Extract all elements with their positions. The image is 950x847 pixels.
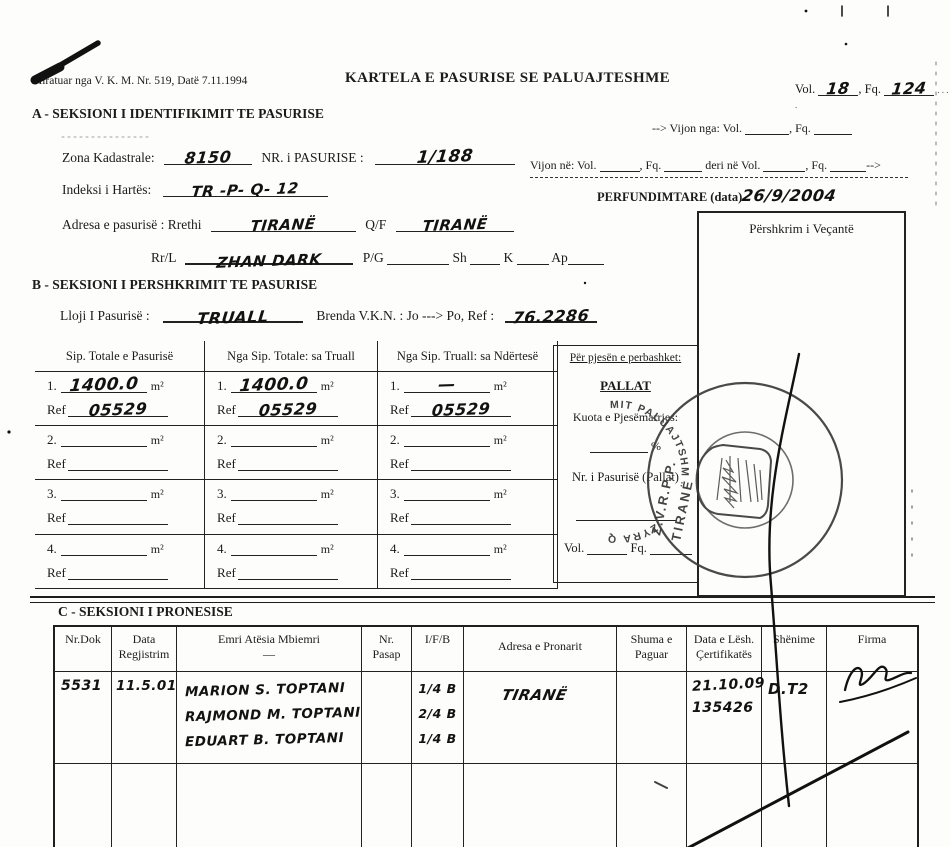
rrethi-value: TIRANË <box>250 215 317 235</box>
k-blank <box>517 249 549 265</box>
empty-cell <box>362 764 412 847</box>
m2-label: m² <box>494 379 507 393</box>
m2-label: m² <box>151 433 164 447</box>
adresa-row: Adresa e pasurisë : Rrethi TIRANË Q/F TI… <box>62 216 514 233</box>
indeksi-blank: TR -P- Q- 12 <box>163 181 328 197</box>
ref-blank: 05529 <box>68 401 168 417</box>
m2-label: m² <box>321 487 334 501</box>
ref-blank: 05529 <box>238 401 338 417</box>
m2-label: m² <box>494 433 507 447</box>
b-cell: 3.m² Ref <box>35 480 204 534</box>
vol-label: Vol. <box>795 82 815 96</box>
sh-blank <box>470 249 500 265</box>
area-blank: 1400.0 <box>61 377 147 393</box>
header-line: Shënime <box>773 632 815 646</box>
rrl-blank: ZHAN DARK <box>185 248 353 265</box>
header-line: Adresa e Pronarit <box>498 639 582 653</box>
header-line: Data <box>133 632 156 646</box>
b-cell: 3.m² Ref <box>378 480 557 534</box>
header-line: Çertifikatës <box>696 647 752 661</box>
m2-label: m² <box>321 379 334 393</box>
indeksi-row: Indeksi i Hartës: TR -P- Q- 12 <box>62 181 328 198</box>
box-vol-label: Vol. <box>564 541 584 555</box>
speck <box>584 282 586 284</box>
row-num: 2. <box>217 432 227 447</box>
surface-col-ndertese: Nga Sip. Truall: sa Ndërtesë 1.—m² Ref05… <box>378 341 558 589</box>
section-b-heading: B - SEKSIONI I PERSHKRIMIT TE PASURISE <box>32 277 317 293</box>
pg-blank <box>387 249 449 265</box>
empty-cell <box>687 764 762 847</box>
area-value: — <box>437 375 457 396</box>
header-line: Nr. <box>379 632 394 646</box>
header-line: Paguar <box>635 647 668 661</box>
col-header-shuma: Shuma ePaguar <box>617 627 687 672</box>
col-header-nrdok: Nr.Dok <box>55 627 112 672</box>
vijon-nga-vol-blank <box>745 119 789 135</box>
vol-fq-top: Vol. 18, Fq. 124 . . . . <box>795 80 950 112</box>
m2-label: m² <box>151 487 164 501</box>
col-header: Nga Sip. Truall: sa Ndërtesë <box>378 341 557 372</box>
b-cell: 1.1400.0m² Ref05529 <box>205 372 377 426</box>
vijon-nga-fq-blank <box>814 119 852 135</box>
fq-value: 124 <box>891 78 928 98</box>
nr-pasurise-blank: 1/188 <box>375 149 515 165</box>
m2-label: m² <box>321 542 334 556</box>
b-cell: 2.m² Ref <box>35 426 204 480</box>
ref-label: Ref <box>390 510 409 525</box>
ref-blank <box>238 455 338 471</box>
perfundimtare-label: PERFUNDIMTARE (data) <box>597 190 742 204</box>
vol-value: 18 <box>826 79 851 99</box>
area-blank <box>404 540 490 556</box>
cell-firma <box>827 672 917 764</box>
nr-pasurise-value: 1/188 <box>416 146 474 168</box>
row-num: 3. <box>217 486 227 501</box>
empty-cell <box>112 764 177 847</box>
row-num: 4. <box>217 541 227 556</box>
brenda-ref-value: 76.2286 <box>512 306 591 328</box>
empty-cell <box>55 764 112 847</box>
row-num: 4. <box>390 541 400 556</box>
col-header-emri: Emri Atësia Mbiemri— <box>177 627 362 672</box>
ref-label: Ref <box>217 565 236 580</box>
common-box-title: Për pjesën e perbashket: <box>554 352 697 364</box>
ref-blank <box>68 455 168 471</box>
header-line: — <box>263 647 275 661</box>
nr-pasurise-label: NR. i PASURISE : <box>261 150 363 165</box>
surface-table: Sip. Totale e Pasurisë 1.1400.0m² Ref055… <box>35 341 558 589</box>
cell-shuma <box>617 672 687 764</box>
col-header: Sip. Totale e Pasurisë <box>35 341 204 372</box>
vijon-nga-line: --> Vijon nga: Vol. , Fq. <box>652 119 852 136</box>
ifb-share: 1/4 B <box>412 726 463 751</box>
cell-data-leshimit: 21.10.09 135426 <box>687 672 762 764</box>
qf-label: Q/F <box>365 217 386 232</box>
row-num: 2. <box>390 432 400 447</box>
deri-ne-fq-blank <box>830 156 866 172</box>
ref-label: Ref <box>217 510 236 525</box>
top-tick-marks <box>842 6 888 16</box>
vijon-ne-label: Vijon në: Vol. <box>530 158 597 172</box>
nrdok-value: 5531 <box>61 678 102 694</box>
b-cell: 3.m² Ref <box>205 480 377 534</box>
ref-blank <box>411 455 511 471</box>
m2-label: m² <box>494 542 507 556</box>
divider-dashed <box>530 177 908 178</box>
empty-cell <box>464 764 617 847</box>
ref-label: Ref <box>390 402 409 417</box>
deri-ne-fq-label: , Fq. <box>805 158 827 172</box>
perfundimtare-value: 26/9/2004 <box>741 186 838 205</box>
scanned-property-card: Miratuar nga V. K. M. Nr. 519, Datë 7.11… <box>0 0 950 847</box>
ref-value: 05529 <box>88 399 148 420</box>
vijon-ne-fq-label: , Fq. <box>640 158 662 172</box>
rrethi-blank: TIRANË <box>211 216 356 232</box>
row-num: 1. <box>217 378 227 393</box>
row-num: 3. <box>47 486 57 501</box>
ifb-share: 1/4 B <box>412 676 463 701</box>
col-header-data: DataRegjistrim <box>112 627 177 672</box>
ref-blank <box>411 509 511 525</box>
zona-row: Zona Kadastrale: 8150 NR. i PASURISE : 1… <box>62 149 515 166</box>
row-num: 1. <box>390 378 400 393</box>
indeksi-value: TR -P- Q- 12 <box>191 179 300 201</box>
page-title: KARTELA E PASURISE SE PALUAJTESHME <box>345 70 670 87</box>
vijon-ne-vol-blank <box>600 156 640 172</box>
ref-label: Ref <box>217 402 236 417</box>
row-num: 4. <box>47 541 57 556</box>
vijon-nga-fq-label: , Fq. <box>789 121 811 135</box>
header-line: Firma <box>858 632 887 646</box>
section-a-heading: A - SEKSIONI I IDENTIFIKIMIT TE PASURISE <box>32 106 324 122</box>
ref-label: Ref <box>47 510 66 525</box>
pershkrim-box-title: Përshkrim i Veçantë <box>699 221 904 237</box>
surface-col-truall: Nga Sip. Totale: sa Truall 1.1400.0m² Re… <box>205 341 378 589</box>
vol-blank: 18 <box>818 80 858 96</box>
ref-label: Ref <box>390 565 409 580</box>
ref-value: 05529 <box>258 399 318 420</box>
rrl-label: Rr/L <box>151 250 176 265</box>
col-header-datalesh: Data e Lësh.Çertifikatës <box>687 627 762 672</box>
ref-blank <box>68 564 168 580</box>
lloji-row: Lloji I Pasurisë : TRUALL Brenda V.K.N. … <box>60 306 597 324</box>
header-line: I/F/B <box>425 632 450 646</box>
adresa-value: TIRANË <box>500 686 569 704</box>
k-label: K <box>504 250 514 265</box>
rrl-value: ZHAN DARK <box>216 250 323 272</box>
deri-ne-vol-blank <box>763 156 805 172</box>
data-regjistrim-value: 11.5.01 <box>116 678 177 694</box>
area-blank: — <box>404 377 490 393</box>
empty-cell <box>617 764 687 847</box>
data-leshimit-value: 21.10.09 <box>692 675 766 695</box>
section-c-heading: C - SEKSIONI I PRONESISE <box>58 604 233 620</box>
speck <box>7 430 10 433</box>
col-header-shenime: Shënime <box>762 627 827 672</box>
header-line: Nr.Dok <box>65 632 101 646</box>
area-blank <box>61 485 147 501</box>
lloji-label: Lloji I Pasurisë : <box>60 308 150 323</box>
area-blank <box>404 431 490 447</box>
stamp-outer-circle <box>648 383 842 577</box>
ref-value: 05529 <box>431 399 491 420</box>
col-header-firma: Firma <box>827 627 917 672</box>
empty-cell <box>762 764 827 847</box>
m2-label: m² <box>321 433 334 447</box>
m2-label: m² <box>494 487 507 501</box>
indeksi-label: Indeksi i Hartës: <box>62 182 151 197</box>
ref-label: Ref <box>47 565 66 580</box>
empty-cell <box>177 764 362 847</box>
ref-blank: 05529 <box>411 401 511 417</box>
qf-blank: TIRANË <box>396 216 514 232</box>
official-round-stamp: REPUBLIKA E SHQIPERISE - ZYRA QENDRORE E… <box>608 378 888 593</box>
ref-blank <box>238 509 338 525</box>
shenime-value: D.T2 <box>768 680 809 698</box>
owner-name: EDUART B. TOPTANI <box>177 726 362 756</box>
ap-label: Ap <box>551 250 568 265</box>
ref-blank <box>411 564 511 580</box>
adresa-label: Adresa e pasurisë : Rrethi <box>62 217 201 232</box>
brenda-label: Brenda V.K.N. : Jo ---> Po, Ref : <box>316 308 494 323</box>
area-blank <box>61 431 147 447</box>
b-cell: 2.m² Ref <box>205 426 377 480</box>
b-cell: 4.m² Ref <box>378 535 557 589</box>
empty-cell <box>827 764 917 847</box>
sh-label: Sh <box>453 250 467 265</box>
col-header-ifb: I/F/B <box>412 627 464 672</box>
vijon-nga-label: --> Vijon nga: Vol. <box>652 121 742 135</box>
area-value: 1400.0 <box>68 374 139 396</box>
header-line: Emri Atësia Mbiemri <box>218 632 320 646</box>
area-value: 1400.0 <box>238 374 309 396</box>
cell-names: MARION S. TOPTANI RAJMOND M. TOPTANI EDU… <box>177 672 362 764</box>
ref-blank <box>238 564 338 580</box>
b-cell: 4.m² Ref <box>205 535 377 589</box>
area-blank <box>61 540 147 556</box>
cell-pasap <box>362 672 412 764</box>
col-header: Nga Sip. Totale: sa Truall <box>205 341 377 372</box>
stamp-eagle-scribble <box>717 456 762 508</box>
row-num: 3. <box>390 486 400 501</box>
qf-value: TIRANË <box>421 215 488 235</box>
perfundimtare-row: PERFUNDIMTARE (data)26/9/2004 <box>597 186 836 205</box>
vijon-arrow: --> <box>866 158 881 172</box>
area-blank <box>231 540 317 556</box>
vijon-ne-fq-blank <box>664 156 702 172</box>
ref-label: Ref <box>47 402 66 417</box>
col-header-adresa: Adresa e Pronarit <box>464 627 617 672</box>
col-header-pasap: Nr.Pasap <box>362 627 412 672</box>
surface-col-totale: Sip. Totale e Pasurisë 1.1400.0m² Ref055… <box>35 341 205 589</box>
empty-cell <box>412 764 464 847</box>
cell-data-regjistrim: 11.5.01 <box>112 672 177 764</box>
brenda-ref-blank: 76.2286 <box>505 306 597 323</box>
fq-label: , Fq. <box>858 82 881 96</box>
cell-nrdok: 5531 <box>55 672 112 764</box>
zona-value: 8150 <box>184 147 233 168</box>
ref-blank <box>68 509 168 525</box>
area-blank <box>404 485 490 501</box>
ref-label: Ref <box>47 456 66 471</box>
fq-blank: 124 <box>884 80 934 96</box>
area-blank <box>231 431 317 447</box>
cell-ifb: 1/4 B 2/4 B 1/4 B <box>412 672 464 764</box>
ifb-share: 2/4 B <box>412 701 463 726</box>
zona-blank: 8150 <box>164 149 252 165</box>
ref-label: Ref <box>390 456 409 471</box>
b-cell: 4.m² Ref <box>35 535 204 589</box>
section-c-divider <box>30 596 935 603</box>
cell-adresa: TIRANË <box>464 672 617 764</box>
approval-note: Miratuar nga V. K. M. Nr. 519, Datë 7.11… <box>32 75 247 87</box>
ref-label: Ref <box>217 456 236 471</box>
zona-label: Zona Kadastrale: <box>62 150 155 165</box>
header-line: Pasap <box>373 647 401 661</box>
area-blank <box>231 485 317 501</box>
speck <box>845 43 848 46</box>
ap-blank <box>568 249 604 265</box>
header-line: Shuma e <box>631 632 673 646</box>
speck <box>805 10 808 13</box>
cell-shenime: D.T2 <box>762 672 827 764</box>
vijon-ne-line: Vijon në: Vol. , Fq. deri në Vol. , Fq. … <box>530 156 881 173</box>
b-cell: 1.—m² Ref05529 <box>378 372 557 426</box>
ownership-table: Nr.Dok DataRegjistrim Emri Atësia Mbiemr… <box>53 625 919 847</box>
b-cell: 2.m² Ref <box>378 426 557 480</box>
header-line: Regjistrim <box>119 647 170 661</box>
m2-label: m² <box>151 379 164 393</box>
row-num: 2. <box>47 432 57 447</box>
header-line: Data e Lësh. <box>694 632 754 646</box>
lloji-value: TRUALL <box>196 307 270 328</box>
deri-ne-label: deri në Vol. <box>705 158 760 172</box>
rrl-row: Rr/L ZHAN DARK P/G Sh K Ap <box>151 248 604 266</box>
lloji-blank: TRUALL <box>163 306 303 323</box>
pg-label: P/G <box>363 250 384 265</box>
b-cell: 1.1400.0m² Ref05529 <box>35 372 204 426</box>
area-blank: 1400.0 <box>231 377 317 393</box>
row-num: 1. <box>47 378 57 393</box>
cert-nr-value: 135426 <box>692 700 753 716</box>
m2-label: m² <box>151 542 164 556</box>
